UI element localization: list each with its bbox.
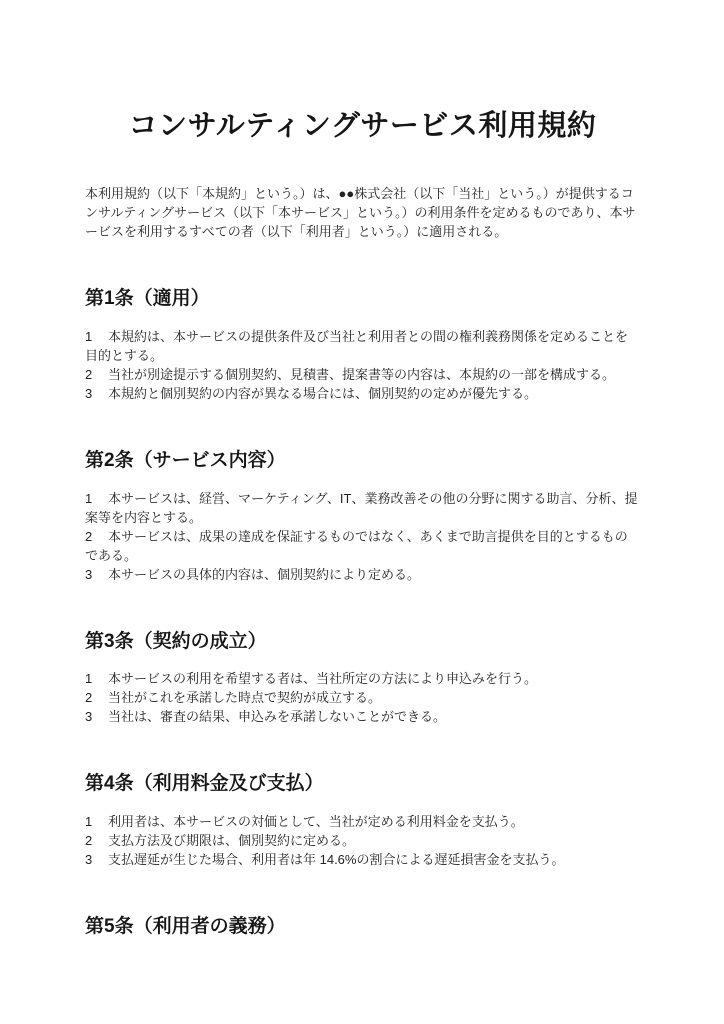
clause-number: 3 bbox=[85, 850, 108, 869]
clause-number: 2 bbox=[85, 527, 108, 546]
clause-text: 支払遅延が生じた場合、利用者は年 14.6%の割合による遅延損害金を支払う。 bbox=[108, 852, 564, 867]
clause-text: 本規約は、本サービスの提供条件及び当社と利用者との間の権利義務関係を定めることを… bbox=[85, 329, 628, 363]
clause-number: 1 bbox=[85, 669, 108, 688]
document-page: コンサルティングサービス利用規約 本利用規約（以下「本規約」という。）は、●●株… bbox=[0, 0, 724, 1024]
clause: 2支払方法及び期限は、個別契約に定める。 bbox=[85, 831, 640, 850]
clause-number: 3 bbox=[85, 565, 108, 584]
clause-number: 2 bbox=[85, 831, 108, 850]
clause-text: 本サービスは、成果の達成を保証するものではなく、あくまで助言提供を目的とするもの… bbox=[85, 529, 628, 563]
clause-text: 支払方法及び期限は、個別契約に定める。 bbox=[108, 833, 355, 848]
clause-text: 本サービスの利用を希望する者は、当社所定の方法により申込みを行う。 bbox=[108, 671, 537, 686]
clause-number: 1 bbox=[85, 327, 108, 346]
clause: 2当社がこれを承諾した時点で契約が成立する。 bbox=[85, 688, 640, 707]
clause-number: 1 bbox=[85, 812, 108, 831]
section-article-1: 第1条（適用） 1本規約は、本サービスの提供条件及び当社と利用者との間の権利義務… bbox=[85, 287, 640, 403]
section-5-heading: 第5条（利用者の義務） bbox=[85, 915, 640, 940]
clause: 1利用者は、本サービスの対価として、当社が定める利用料金を支払う。 bbox=[85, 812, 640, 831]
section-article-3: 第3条（契約の成立） 1本サービスの利用を希望する者は、当社所定の方法により申込… bbox=[85, 630, 640, 727]
clause: 1本サービスは、経営、マーケティング、IT、業務改善その他の分野に関する助言、分… bbox=[85, 489, 640, 527]
section-2-heading: 第2条（サービス内容） bbox=[85, 449, 640, 474]
clause: 2本サービスは、成果の達成を保証するものではなく、あくまで助言提供を目的とするも… bbox=[85, 527, 640, 565]
intro-paragraph: 本利用規約（以下「本規約」という。）は、●●株式会社（以下「当社」という。）が提… bbox=[85, 184, 640, 241]
clause-text: 本サービスは、経営、マーケティング、IT、業務改善その他の分野に関する助言、分析… bbox=[85, 491, 637, 525]
clause-text: 利用者は、本サービスの対価として、当社が定める利用料金を支払う。 bbox=[108, 814, 524, 829]
section-4-heading: 第4条（利用料金及び支払） bbox=[85, 772, 640, 797]
clause: 3当社は、審査の結果、申込みを承諾しないことができる。 bbox=[85, 707, 640, 726]
document-title: コンサルティングサービス利用規約 bbox=[85, 108, 640, 144]
section-3-heading: 第3条（契約の成立） bbox=[85, 630, 640, 655]
clause: 3本規約と個別契約の内容が異なる場合には、個別契約の定めが優先する。 bbox=[85, 384, 640, 403]
clause-number: 2 bbox=[85, 365, 108, 384]
clause-text: 本サービスの具体的内容は、個別契約により定める。 bbox=[108, 567, 420, 582]
clause-number: 3 bbox=[85, 384, 108, 403]
clause: 1本サービスの利用を希望する者は、当社所定の方法により申込みを行う。 bbox=[85, 669, 640, 688]
clause: 1本規約は、本サービスの提供条件及び当社と利用者との間の権利義務関係を定めること… bbox=[85, 327, 640, 365]
clause-number: 3 bbox=[85, 707, 108, 726]
section-1-heading: 第1条（適用） bbox=[85, 287, 640, 312]
section-article-2: 第2条（サービス内容） 1本サービスは、経営、マーケティング、IT、業務改善その… bbox=[85, 449, 640, 584]
clause-text: 本規約と個別契約の内容が異なる場合には、個別契約の定めが優先する。 bbox=[108, 386, 537, 401]
clause: 3支払遅延が生じた場合、利用者は年 14.6%の割合による遅延損害金を支払う。 bbox=[85, 850, 640, 869]
clause-text: 当社が別途提示する個別契約、見積書、提案書等の内容は、本規約の一部を構成する。 bbox=[108, 367, 615, 382]
clause-number: 1 bbox=[85, 489, 108, 508]
clause-text: 当社は、審査の結果、申込みを承諾しないことができる。 bbox=[108, 709, 446, 724]
clause-text: 当社がこれを承諾した時点で契約が成立する。 bbox=[108, 690, 381, 705]
section-article-5: 第5条（利用者の義務） bbox=[85, 915, 640, 940]
clause: 2当社が別途提示する個別契約、見積書、提案書等の内容は、本規約の一部を構成する。 bbox=[85, 365, 640, 384]
clause: 3本サービスの具体的内容は、個別契約により定める。 bbox=[85, 565, 640, 584]
section-article-4: 第4条（利用料金及び支払） 1利用者は、本サービスの対価として、当社が定める利用… bbox=[85, 772, 640, 869]
clause-number: 2 bbox=[85, 688, 108, 707]
